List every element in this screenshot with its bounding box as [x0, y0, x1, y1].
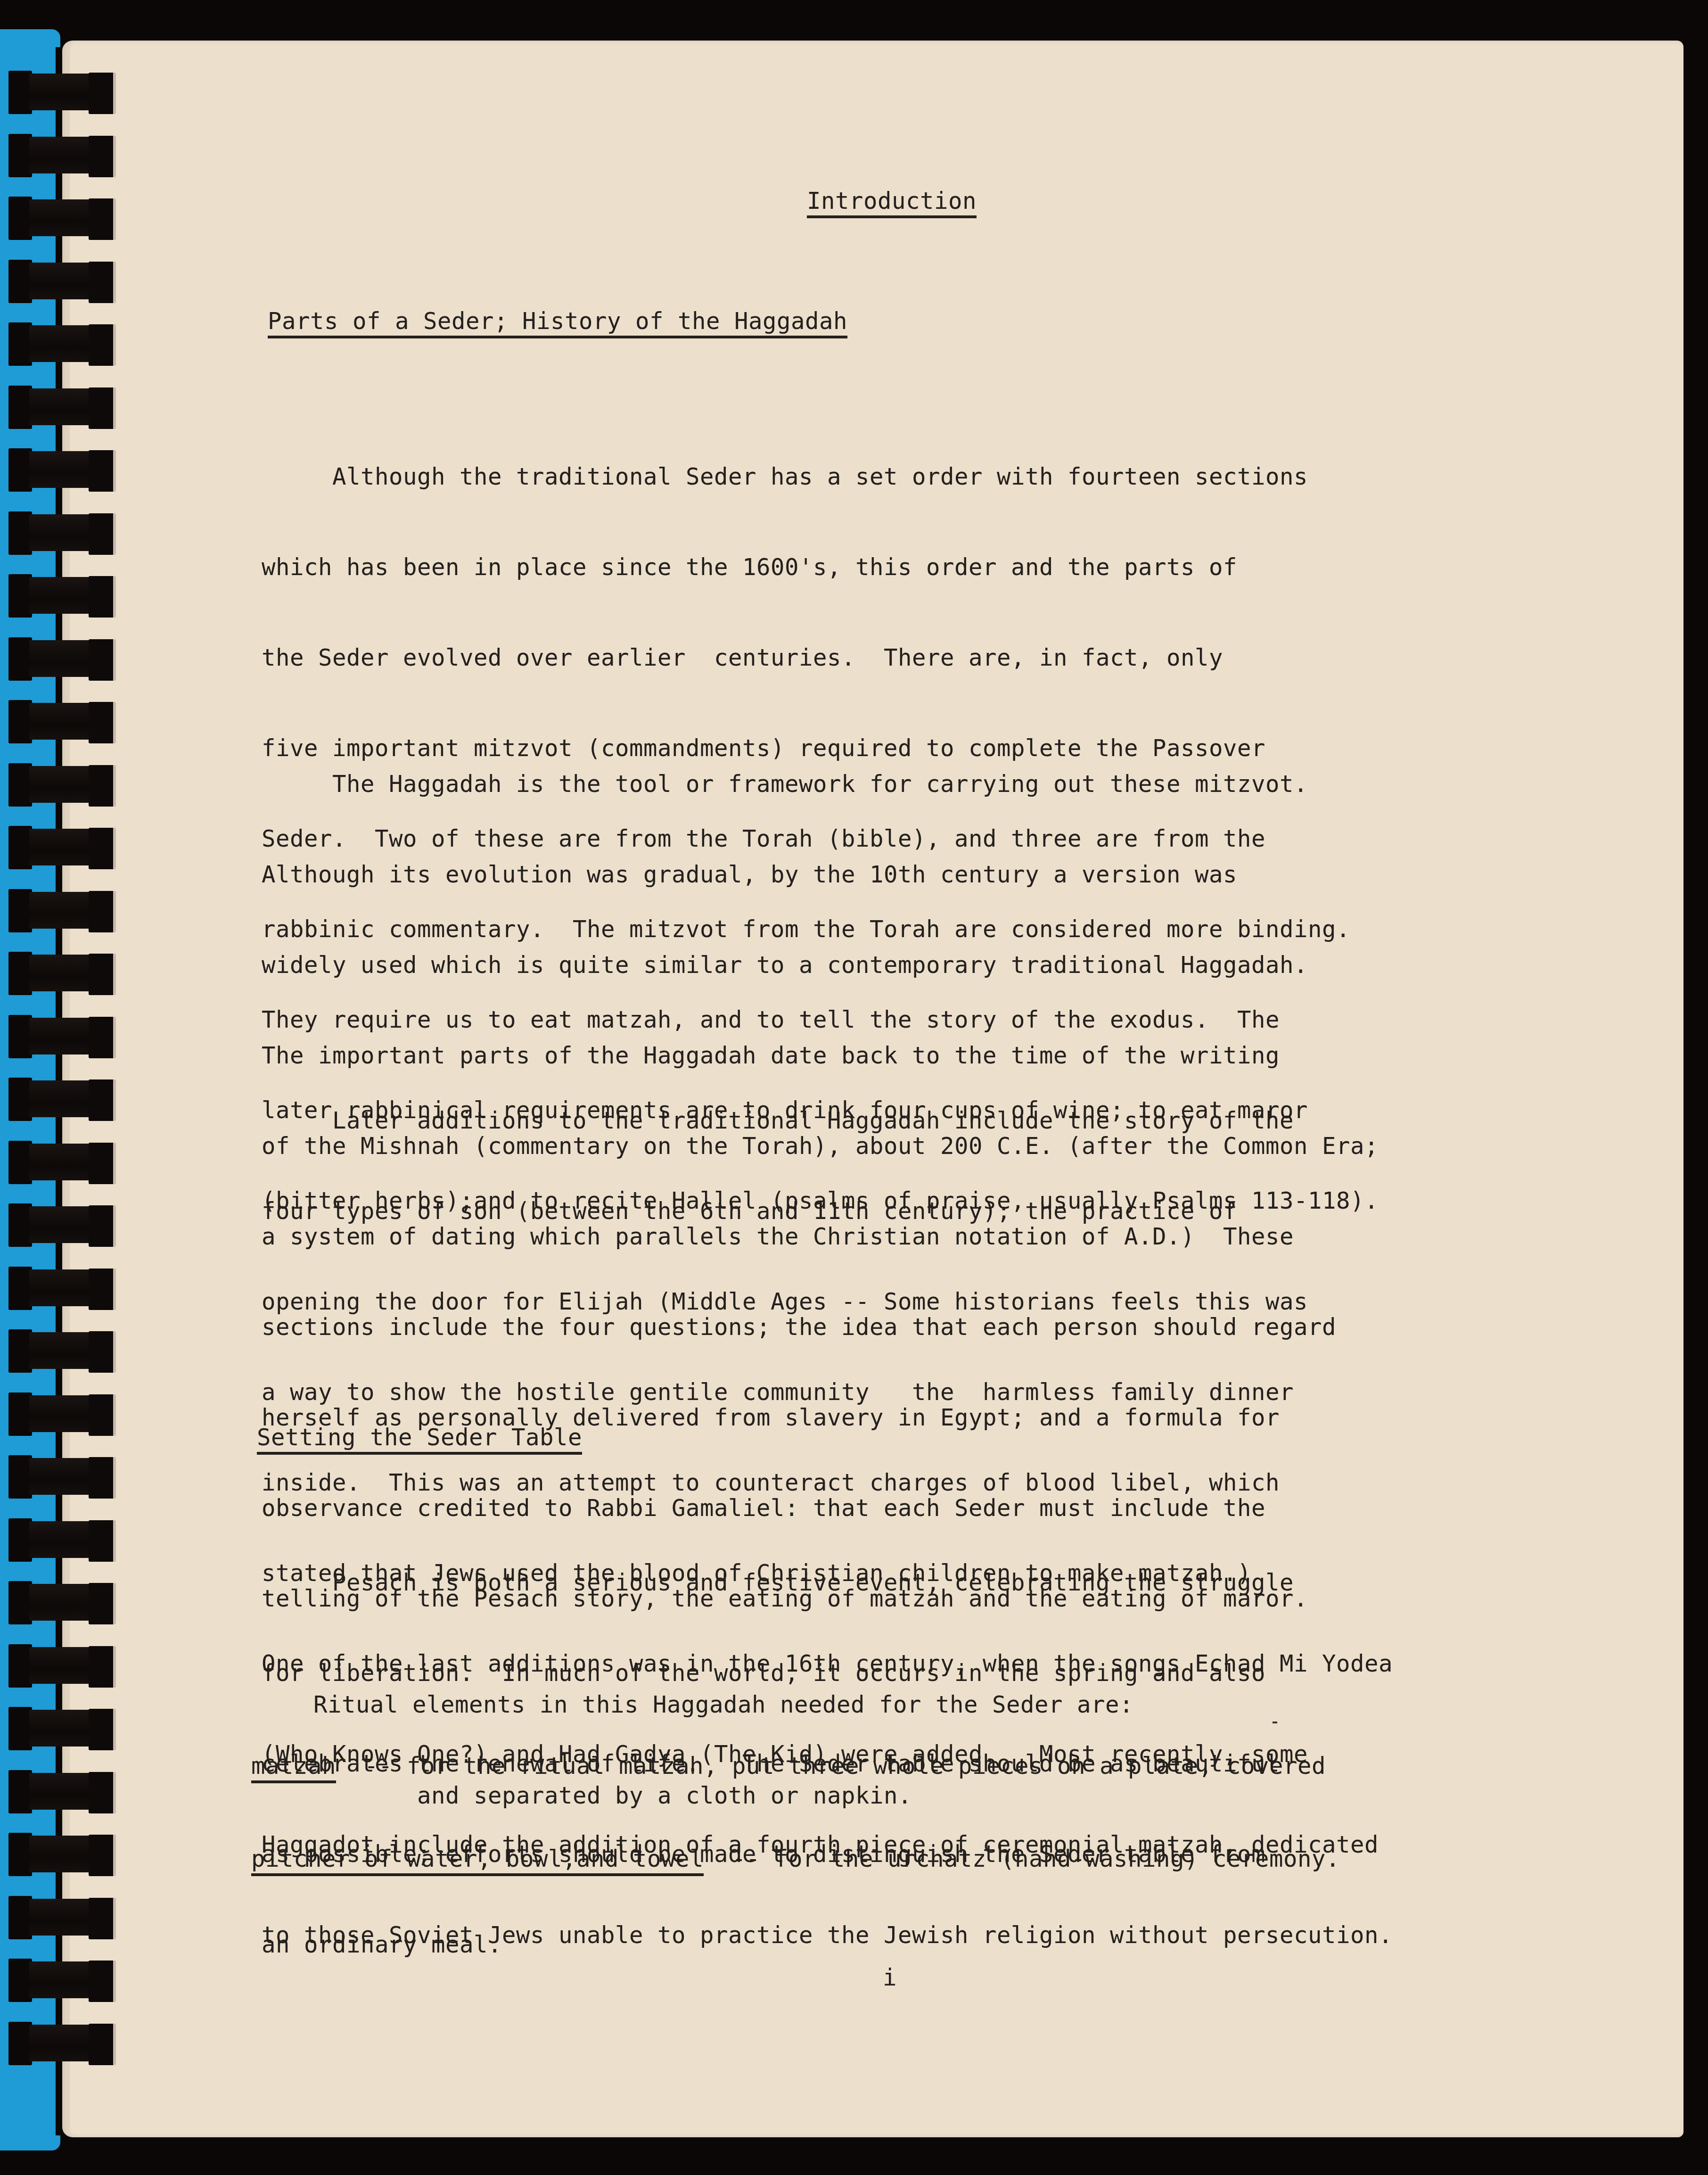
binding-tooth [8, 700, 113, 743]
binding-tooth [8, 1644, 113, 1688]
binding-tooth [8, 448, 113, 492]
item-description: -- for the ritual matzah, put three whol… [336, 1753, 1326, 1780]
item-term: pitcher of water, bowl,and towel [251, 1845, 704, 1872]
binding-tooth [8, 1896, 113, 1939]
binding-tooth [8, 134, 113, 177]
section-heading-seder-table: Setting the Seder Table [257, 1423, 582, 1453]
paragraph-pesach: Pesach is both a serious and festive eve… [262, 1508, 1294, 1990]
stray-ink-mark [1273, 1722, 1277, 1723]
binding-tooth [8, 1203, 113, 1247]
ritual-item-pitcher: pitcher of water, bowl,and towel -- for … [251, 1844, 1340, 1874]
binding-tooth [8, 1329, 113, 1373]
binding-tooth [8, 637, 113, 681]
binding-tooth [8, 1959, 113, 2002]
binding-tooth [8, 71, 113, 114]
ritual-item-matzah: matzah -- for the ritual matzah, put thr… [251, 1751, 1326, 1781]
line: the Seder evolved over earlier centuries… [262, 643, 1379, 673]
binding-tooth [8, 2022, 113, 2065]
binding-tooth [8, 1267, 113, 1310]
line: widely used which is quite similar to a … [262, 950, 1379, 980]
line: opening the door for Elijah (Middle Ages… [262, 1287, 1393, 1317]
paragraph-ritual-elements-intro: Ritual elements in this Haggadah needed … [313, 1690, 1133, 1720]
binding-tooth [8, 889, 113, 932]
line: Pesach is both a serious and festive eve… [262, 1568, 1294, 1598]
binding-tooth [8, 386, 113, 429]
binding-tooth [8, 952, 113, 995]
line: for liberation. In much of the world, it… [262, 1658, 1294, 1689]
item-term: matzah [251, 1753, 336, 1780]
binding-tooth [8, 260, 113, 303]
binding-tooth [8, 1141, 113, 1184]
binding-tooth [8, 197, 113, 240]
binding-tooth [8, 826, 113, 869]
binding-tooth [8, 1015, 113, 1058]
line: Later additions to the traditional Hagga… [262, 1106, 1393, 1136]
binding-tooth [8, 322, 113, 366]
line: Although the traditional Seder has a set… [262, 462, 1379, 492]
ritual-item-matzah-continued: and separated by a cloth or napkin. [417, 1781, 912, 1811]
binding-tooth [8, 1455, 113, 1499]
comb-binding [0, 0, 123, 2175]
page-number: i [883, 1963, 897, 1993]
section-heading-history: Parts of a Seder; History of the Haggada… [268, 306, 847, 337]
binding-tooth [8, 1518, 113, 1562]
binding-tooth [8, 1078, 113, 1121]
binding-tooth [8, 1770, 113, 1813]
line: inside. This was an attempt to counterac… [262, 1468, 1393, 1498]
binding-tooth [8, 511, 113, 555]
binding-tooth [8, 1707, 113, 1750]
line: The Haggadah is the tool or framework fo… [262, 769, 1379, 799]
binding-tooth [8, 1581, 113, 1624]
line: four types of son (between the 6th and 1… [262, 1196, 1393, 1227]
page-title: Introduction [807, 186, 977, 216]
line: which has been in place since the 1600's… [262, 552, 1379, 583]
line: Although its evolution was gradual, by t… [262, 860, 1379, 890]
binding-tooth [8, 1833, 113, 1876]
binding-tooth [8, 574, 113, 618]
line: a way to show the hostile gentile commun… [262, 1377, 1393, 1408]
binding-tooth [8, 1392, 113, 1436]
line: an ordinary meal. [262, 1930, 1294, 1960]
item-description: -- for the urchatz (hand-washing) ceremo… [704, 1845, 1340, 1872]
binding-tooth [8, 763, 113, 807]
